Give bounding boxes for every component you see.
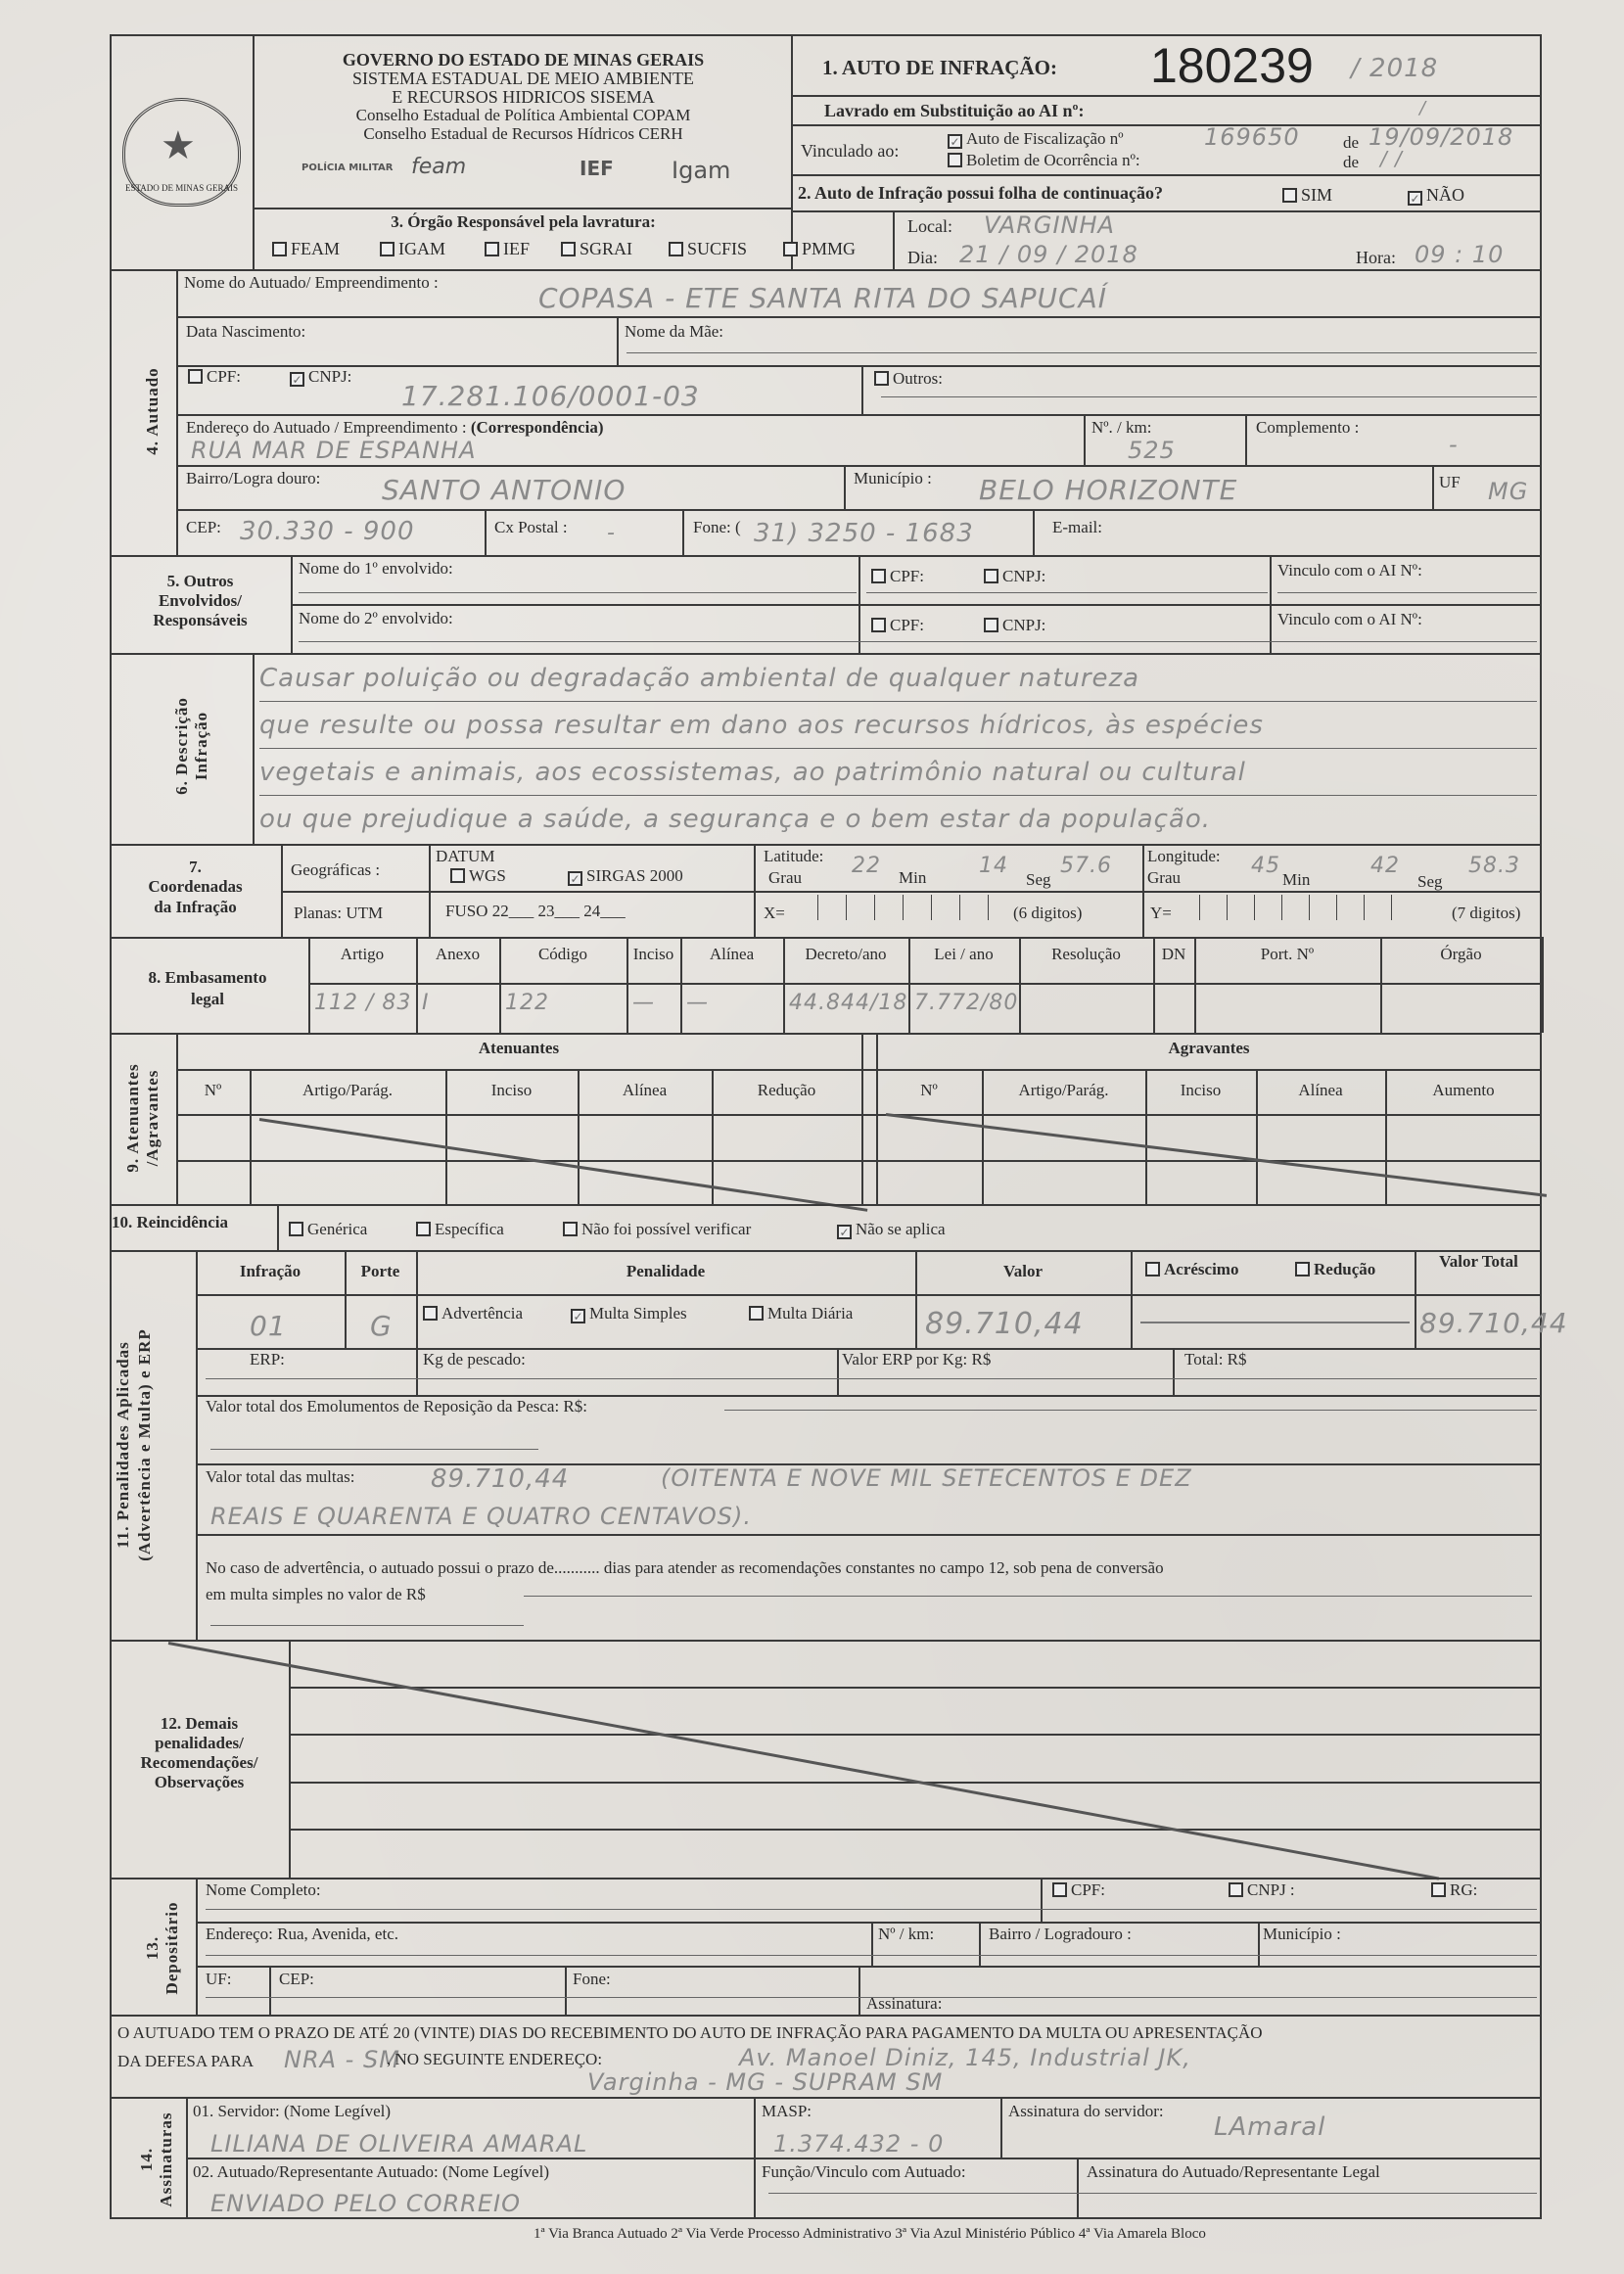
planas-utm-label: Planas: UTM xyxy=(294,905,383,923)
legal-col-6: Lei / ano xyxy=(908,946,1019,964)
agravantes-title: Agravantes xyxy=(876,1040,1542,1058)
data-nascimento-label: Data Nascimento: xyxy=(186,323,305,342)
legal-value-3[interactable]: — xyxy=(632,991,655,1015)
utm-x-digit-slot[interactable] xyxy=(903,895,904,920)
seal-text: ESTADO DE MINAS GERAIS xyxy=(116,184,248,194)
defesa-endereco-line-2[interactable]: Varginha - MG - SUPRAM SM xyxy=(587,2068,943,2096)
atenuantes-col-2: Inciso xyxy=(445,1082,578,1100)
section3-title: 3. Órgão Responsável pela lavratura: xyxy=(256,213,790,232)
agency-checkbox-pmmg[interactable]: PMMG xyxy=(783,240,856,259)
envolvido1-label: Nome do 1º envolvido: xyxy=(299,560,453,579)
assinatura-servidor-label: Assinatura do servidor: xyxy=(1008,2103,1164,2121)
section7-label-1: 7. xyxy=(110,859,281,877)
utm-x-digit-slot[interactable] xyxy=(931,895,932,920)
utm-x-digit-slot[interactable] xyxy=(959,895,960,920)
complemento-label: Complemento : xyxy=(1256,419,1359,438)
prazo-text-2b: , NO SEGUINTE ENDEREÇO: xyxy=(387,2051,602,2069)
envolvido2-cnpj-checkbox[interactable]: CNPJ: xyxy=(984,617,1045,635)
section5-label-1: 5. Outros xyxy=(110,573,291,591)
cpf-checkbox[interactable]: CPF: xyxy=(188,368,241,387)
envolvido2-cpf-checkbox[interactable]: CPF: xyxy=(871,617,924,635)
legal-value-1[interactable]: I xyxy=(422,991,430,1015)
funcao-vinculo-label: Função/Vinculo com Autuado: xyxy=(762,2163,966,2182)
substitution-value[interactable]: / xyxy=(1419,98,1426,118)
porte-value[interactable]: G xyxy=(370,1310,393,1342)
local-label: Local: xyxy=(907,217,952,237)
datum-wgs-checkbox[interactable]: WGS xyxy=(450,867,506,886)
lat-seg-value[interactable]: 57.6 xyxy=(1060,854,1112,878)
utm-y-label: Y= xyxy=(1150,905,1172,923)
legal-col-9: Port. Nº xyxy=(1194,946,1380,964)
section9-side-label-2: /Agravantes xyxy=(143,1020,162,1216)
masp-label: MASP: xyxy=(762,2103,812,2121)
uf-value[interactable]: MG xyxy=(1488,478,1528,505)
envolvido1-vinculo-label: Vinculo com o AI Nº: xyxy=(1277,562,1422,580)
utm-x-digits: (6 digitos) xyxy=(1013,905,1082,923)
col-penalidade: Penalidade xyxy=(416,1263,915,1281)
legal-col-7: Resolução xyxy=(1019,946,1153,964)
total-erp-label: Total: R$ xyxy=(1184,1351,1247,1369)
agravantes-col-3: Alínea xyxy=(1256,1082,1385,1100)
valor-total-value[interactable]: 89.710,44 xyxy=(1419,1307,1568,1339)
endereco-label: Endereço do Autuado / Empreendimento : (… xyxy=(186,419,604,438)
col-infracao: Infração xyxy=(196,1263,345,1281)
description-line-4[interactable]: ou que prejudique a saúde, a segurança e… xyxy=(259,805,1211,834)
municipio-value[interactable]: BELO HORIZONTE xyxy=(979,474,1237,506)
lon-min-label: Min xyxy=(1282,871,1310,890)
legal-col-10: Órgão xyxy=(1380,946,1542,964)
hora-label: Hora: xyxy=(1356,249,1396,268)
lat-grau-label: Grau xyxy=(768,869,802,888)
agency-checkbox-ief[interactable]: IEF xyxy=(485,240,530,259)
advertencia-text-2: em multa simples no valor de R$ xyxy=(206,1586,426,1604)
section5-label-2: Envolvidos/ xyxy=(110,592,291,611)
lon-seg-value[interactable]: 58.3 xyxy=(1468,854,1520,878)
infracao-value[interactable]: 01 xyxy=(250,1310,287,1342)
numero-value[interactable]: 525 xyxy=(1128,437,1176,464)
hora-value[interactable]: 09 : 10 xyxy=(1415,241,1504,268)
utm-x-digit-slot[interactable] xyxy=(988,895,989,920)
gov-line4: Conselho Estadual de Política Ambiental … xyxy=(256,107,790,125)
depositario-municipio-label: Município : xyxy=(1263,1926,1341,1944)
agency-checkbox-sgrai[interactable]: SGRAI xyxy=(561,240,632,259)
datum-label: DATUM xyxy=(436,848,494,866)
description-line-2[interactable]: que resulte ou possa resultar em dano ao… xyxy=(259,711,1264,740)
atenuantes-col-3: Alínea xyxy=(578,1082,712,1100)
prazo-text-1: O AUTUADO TEM O PRAZO DE ATÉ 20 (VINTE) … xyxy=(117,2024,1263,2043)
de-label-2: de xyxy=(1343,154,1359,172)
reincidencia-generica-checkbox[interactable]: Genérica xyxy=(289,1221,367,1239)
legal-col-1: Anexo xyxy=(416,946,499,964)
assinatura-autuado-label: Assinatura do Autuado/Representante Lega… xyxy=(1087,2163,1380,2182)
copies-footer: 1ª Via Branca Autuado 2ª Via Verde Proce… xyxy=(534,2226,1206,2243)
fone-label: Fone: ( xyxy=(693,519,741,537)
cnpj-checkbox[interactable]: ✓CNPJ: xyxy=(290,368,351,387)
atenuantes-col-4: Redução xyxy=(712,1082,861,1100)
boletim-checkbox[interactable]: Boletim de Ocorrência nº: xyxy=(948,152,1140,170)
emolumentos-label: Valor total dos Emolumentos de Reposição… xyxy=(206,1398,587,1416)
uf-label: UF xyxy=(1439,474,1461,492)
auto-fiscalizacao-number[interactable]: 169650 xyxy=(1204,123,1300,151)
datum-sirgas-checkbox[interactable]: ✓SIRGAS 2000 xyxy=(568,867,683,886)
advertencia-text-1: No caso de advertência, o autuado possui… xyxy=(206,1559,1164,1578)
utm-y-digit-slot[interactable] xyxy=(1199,895,1200,920)
utm-x-digit-slot[interactable] xyxy=(874,895,875,920)
legal-col-3: Inciso xyxy=(626,946,680,964)
continuation-nao-checkbox[interactable]: ✓NÃO xyxy=(1408,186,1464,206)
utm-y-digit-slot[interactable] xyxy=(1391,895,1392,920)
utm-y-digit-slot[interactable] xyxy=(1227,895,1228,920)
logo-ief: IEF xyxy=(580,157,614,180)
cep-label: CEP: xyxy=(186,519,221,537)
depositario-cnpj-checkbox[interactable]: CNPJ : xyxy=(1229,1881,1295,1900)
legal-value-4[interactable]: — xyxy=(686,991,709,1015)
gov-line2: SISTEMA ESTADUAL DE MEIO AMBIENTE xyxy=(256,70,790,89)
depositario-numero-label: Nº / km: xyxy=(878,1926,934,1944)
depositario-fone-label: Fone: xyxy=(573,1971,611,1989)
servidor-label: 01. Servidor: (Nome Legível) xyxy=(193,2103,391,2121)
utm-y-digit-slot[interactable] xyxy=(1309,895,1310,920)
envolvido1-cpf-checkbox[interactable]: CPF: xyxy=(871,568,924,586)
atenuantes-col-1: Artigo/Parág. xyxy=(250,1082,445,1100)
acrescimo-checkbox[interactable]: Acréscimo xyxy=(1145,1261,1238,1279)
gov-title: GOVERNO DO ESTADO DE MINAS GERAIS xyxy=(256,51,790,70)
gov-line5: Conselho Estadual de Recursos Hídricos C… xyxy=(256,125,790,144)
infraction-form-page: ★ ESTADO DE MINAS GERAIS GOVERNO DO ESTA… xyxy=(0,0,1624,2274)
description-line-1[interactable]: Causar poluição ou degradação ambiental … xyxy=(259,664,1139,693)
utm-x-label: X= xyxy=(764,905,785,923)
latitude-label: Latitude: xyxy=(764,848,823,866)
lat-seg-label: Seg xyxy=(1026,871,1051,890)
section7-label-3: da Infração xyxy=(110,899,281,917)
bairro-label: Bairro/Logra douro: xyxy=(186,470,320,488)
auto-infracao-number: 180239 xyxy=(1150,39,1314,93)
kg-pescado-label: Kg de pescado: xyxy=(423,1351,526,1369)
utm-y-digit-slot[interactable] xyxy=(1281,895,1282,920)
complemento-value[interactable]: - xyxy=(1449,431,1459,458)
logo-igam: Igam xyxy=(672,157,730,184)
utm-y-digit-slot[interactable] xyxy=(1336,895,1337,920)
legal-col-8: DN xyxy=(1153,946,1194,964)
legal-col-5: Decreto/ano xyxy=(783,946,908,964)
legal-value-2[interactable]: 122 xyxy=(505,991,549,1015)
legal-col-2: Código xyxy=(499,946,626,964)
agravantes-col-4: Aumento xyxy=(1385,1082,1542,1100)
depositario-bairro-label: Bairro / Logradouro : xyxy=(989,1926,1132,1944)
masp-value[interactable]: 1.374.432 - 0 xyxy=(773,2130,944,2158)
outros-checkbox[interactable]: Outros: xyxy=(874,370,943,389)
depositario-nome-label: Nome Completo: xyxy=(206,1881,321,1900)
utm-x-digit-slot[interactable] xyxy=(846,895,847,920)
lon-min-value[interactable]: 42 xyxy=(1370,854,1400,878)
multas-total-label: Valor total das multas: xyxy=(206,1468,355,1487)
agravantes-col-1: Artigo/Parág. xyxy=(982,1082,1145,1100)
section7-label-2: Coordenadas xyxy=(110,878,281,897)
section4-side-label: 4. Autuado xyxy=(143,313,162,509)
cnpj-value[interactable]: 17.281.106/0001-03 xyxy=(401,380,700,412)
utm-y-digits: (7 digitos) xyxy=(1452,905,1520,923)
local-value[interactable]: VARGINHA xyxy=(984,211,1115,239)
logo-feam: feam xyxy=(411,155,466,179)
lat-min-label: Min xyxy=(899,869,926,888)
section8-label-2: legal xyxy=(110,991,305,1009)
section11-side-label-1: 11. Penalidades Aplicadas xyxy=(114,1318,133,1572)
depositario-uf-label: UF: xyxy=(206,1971,231,1989)
nome-mae-label: Nome da Mãe: xyxy=(625,323,723,342)
continuation-question: 2. Auto de Infração possui folha de cont… xyxy=(798,184,1163,204)
section9-side-label-1: 9. Atenuantes xyxy=(123,1020,143,1216)
lon-grau-label: Grau xyxy=(1147,869,1181,888)
fuso-label[interactable]: FUSO 22___ 23___ 24___ xyxy=(445,903,626,921)
reincidencia-nao-aplica-checkbox[interactable]: ✓Não se aplica xyxy=(837,1221,946,1239)
bairro-value[interactable]: SANTO ANTONIO xyxy=(382,474,626,506)
multas-extenso-line-1[interactable]: (OITENTA E NOVE MIL SETECENTOS E DEZ xyxy=(661,1464,1192,1492)
col-porte: Porte xyxy=(345,1263,416,1281)
reincidencia-especifica-checkbox[interactable]: Específica xyxy=(416,1221,504,1239)
section5-label-3: Responsáveis xyxy=(110,612,291,630)
erp-label: ERP: xyxy=(250,1351,285,1369)
section8-label-1: 8. Embasamento xyxy=(110,969,305,988)
section6-side-label-1: 6. Descrição xyxy=(172,648,192,844)
municipio-label: Município : xyxy=(854,470,932,488)
section12-label-4: Observações xyxy=(110,1774,289,1792)
valor-erp-label: Valor ERP por Kg: R$ xyxy=(842,1351,991,1369)
atenuantes-title: Atenuantes xyxy=(176,1040,861,1058)
autuado-representante-label: 02. Autuado/Representante Autuado: (Nome… xyxy=(193,2163,549,2182)
defesa-endereco-line-1[interactable]: Av. Manoel Diniz, 145, Industrial JK, xyxy=(739,2044,1191,2071)
utm-y-digit-slot[interactable] xyxy=(1254,895,1255,920)
lat-grau-value[interactable]: 22 xyxy=(852,854,881,878)
legal-value-6[interactable]: 7.772/80 xyxy=(914,991,1018,1015)
depositario-cep-label: CEP: xyxy=(279,1971,314,1989)
penalidade-advertencia-checkbox[interactable]: Advertência xyxy=(423,1305,523,1323)
dia-label: Dia: xyxy=(907,249,938,268)
reducao-checkbox[interactable]: Redução xyxy=(1295,1261,1375,1279)
endereco-value[interactable]: RUA MAR DE ESPANHA xyxy=(191,437,477,464)
multas-total-value[interactable]: 89.710,44 xyxy=(431,1464,569,1494)
col-valor-total: Valor Total xyxy=(1417,1253,1540,1272)
agency-checkbox-igam[interactable]: IGAM xyxy=(380,240,445,259)
section6-side-label-2: Infração xyxy=(192,648,211,844)
substitution-label: Lavrado em Substituição ao AI nº: xyxy=(824,102,1084,121)
cep-value[interactable]: 30.330 - 900 xyxy=(240,517,415,546)
dia-value[interactable]: 21 / 09 / 2018 xyxy=(959,241,1138,268)
autuado-nome-label: Nome do Autuado/ Empreendimento : xyxy=(184,274,439,293)
linked-label: Vinculado ao: xyxy=(801,142,899,162)
agravantes-col-2: Inciso xyxy=(1145,1082,1256,1100)
legal-col-0: Artigo xyxy=(308,946,416,964)
lat-min-value[interactable]: 14 xyxy=(979,854,1008,878)
penalidade-multa-simples-checkbox[interactable]: ✓Multa Simples xyxy=(571,1305,687,1323)
col-valor: Valor xyxy=(915,1263,1131,1281)
section12-label-3: Recomendações/ xyxy=(110,1754,289,1773)
cx-postal-label: Cx Postal : xyxy=(494,519,568,537)
description-line-3[interactable]: vegetais e animais, aos ecossistemas, ao… xyxy=(259,758,1246,787)
section14-side-label-2: Assinaturas xyxy=(157,2062,176,2257)
defesa-para-value[interactable]: NRA - SM xyxy=(284,2046,400,2073)
acrescimo-blank-line xyxy=(1140,1322,1410,1323)
section10-label: 10. Reincidência xyxy=(112,1214,228,1232)
section13-side-label-1: 13. xyxy=(143,1850,162,2046)
geograficas-label: Geográficas : xyxy=(291,861,380,880)
utm-x-digit-slot[interactable] xyxy=(817,895,818,920)
email-label: E-mail: xyxy=(1052,519,1102,537)
atenuantes-col-0: Nº xyxy=(176,1082,250,1100)
auto-infracao-year: / 2018 xyxy=(1351,54,1438,83)
depositario-rg-checkbox[interactable]: RG: xyxy=(1431,1881,1477,1900)
legal-value-0[interactable]: 112 / 83 xyxy=(314,991,411,1015)
longitude-label: Longitude: xyxy=(1147,848,1221,866)
numero-label: Nº. / km: xyxy=(1091,419,1151,438)
envolvido1-cnpj-checkbox[interactable]: CNPJ: xyxy=(984,568,1045,586)
penalidade-multa-diaria-checkbox[interactable]: Multa Diária xyxy=(749,1305,853,1323)
reincidencia-nao-verificar-checkbox[interactable]: Não foi possível verificar xyxy=(563,1221,751,1239)
lon-grau-value[interactable]: 45 xyxy=(1251,854,1280,878)
autuado-representante-value[interactable]: ENVIADO PELO CORREIO xyxy=(210,2190,521,2217)
autuado-nome-value[interactable]: COPASA - ETE SANTA RITA DO SAPUCAÍ xyxy=(538,282,1107,314)
depositario-endereco-label: Endereço: Rua, Avenida, etc. xyxy=(206,1926,398,1944)
utm-y-digit-slot[interactable] xyxy=(1364,895,1365,920)
de-label-1: de xyxy=(1343,134,1359,153)
multas-extenso-line-2[interactable]: REAIS E QUARENTA E QUATRO CENTAVOS). xyxy=(210,1503,752,1530)
section12-label-2: penalidades/ xyxy=(110,1735,289,1753)
section14-side-label-1: 14. xyxy=(137,2062,157,2257)
boletim-date[interactable]: / / xyxy=(1380,147,1403,170)
cx-postal-value[interactable]: - xyxy=(607,521,616,545)
section13-side-label-2: Depositário xyxy=(162,1850,182,2046)
valor-value[interactable]: 89.710,44 xyxy=(925,1307,1084,1341)
continuation-sim-checkbox[interactable]: SIM xyxy=(1282,186,1332,206)
envolvido2-label: Nome do 2º envolvido: xyxy=(299,610,453,628)
servidor-signature[interactable]: LAmaral xyxy=(1214,2112,1325,2142)
lon-seg-label: Seg xyxy=(1417,873,1443,892)
legal-value-5[interactable]: 44.844/18 xyxy=(789,991,907,1015)
gov-line3: E RECURSOS HIDRICOS SISEMA xyxy=(256,88,790,108)
envolvido2-vinculo-label: Vinculo com o AI Nº: xyxy=(1277,611,1422,629)
section12-label-1: 12. Demais xyxy=(110,1715,289,1734)
agency-checkbox-feam[interactable]: FEAM xyxy=(272,240,340,259)
servidor-value[interactable]: LILIANA DE OLIVEIRA AMARAL xyxy=(210,2130,587,2158)
auto-fiscalizacao-checkbox[interactable]: ✓Auto de Fiscalização nº xyxy=(948,130,1124,149)
agency-checkbox-sucfis[interactable]: SUCFIS xyxy=(669,240,747,259)
depositario-cpf-checkbox[interactable]: CPF: xyxy=(1052,1881,1105,1900)
fone-value[interactable]: 31) 3250 - 1683 xyxy=(754,519,974,548)
section11-side-label-2: (Advertência e Multa) e ERP xyxy=(135,1318,155,1572)
legal-col-4: Alínea xyxy=(680,946,783,964)
logo-policia-militar: POLÍCIA MILITAR xyxy=(302,162,393,173)
agravantes-col-0: Nº xyxy=(876,1082,982,1100)
auto-infracao-label: 1. AUTO DE INFRAÇÃO: xyxy=(822,57,1057,79)
